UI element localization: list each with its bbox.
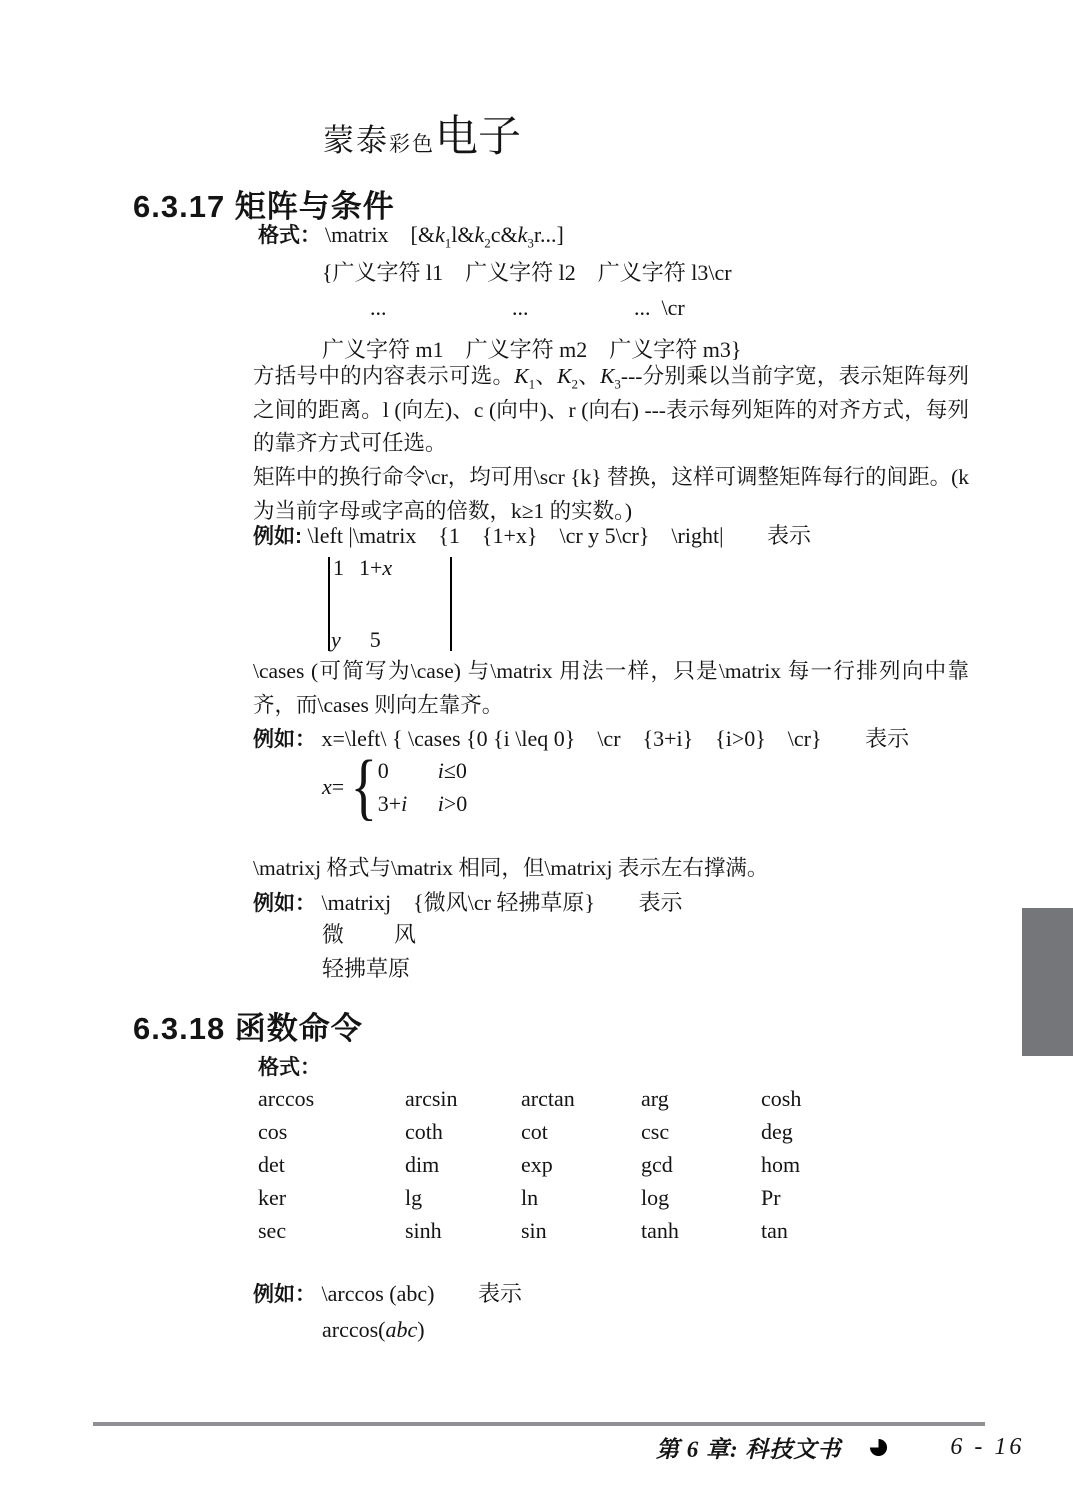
fn-cell: arccos [258, 1082, 405, 1115]
format-line-2: {广义字符 l1 广义字符 l2 广义字符 l3\cr [322, 256, 732, 287]
fn-cell: csc [641, 1115, 761, 1148]
section-heading-6318: 6.3.18 函数命令 [133, 1003, 363, 1048]
shows-text: 表示 [767, 523, 811, 548]
fn-cell: sinh [405, 1214, 521, 1247]
example-label: 例如： [253, 1283, 316, 1306]
matrix-right-bar [450, 557, 452, 651]
page-footer: 第 6 章: 科技文书 6 - 16 [656, 1431, 1024, 1464]
dots-3: ... \cr [634, 295, 685, 320]
fn-cell: cos [258, 1115, 405, 1148]
example-code: \left |\matrix {1 {1+x} \cr y 5\cr} \rig… [308, 523, 724, 548]
fn-cell: log [641, 1181, 761, 1214]
function-table: arccosarcsinarctanargcosh coscothcotcscd… [258, 1082, 861, 1247]
matrixj-result: 微风 轻拂草原 [322, 918, 416, 986]
fn-cell: det [258, 1148, 405, 1181]
cases-row-1: 0i≤0 [378, 754, 468, 787]
example-code: x=\left\ { \cases {0 {i \leq 0} \cr {3+i… [322, 726, 822, 751]
example-label: 例如： [253, 728, 316, 751]
example-arccos-line: 例如： \arccos (abc) 表示 [253, 1277, 522, 1308]
dots-2: ... [512, 295, 634, 321]
cases-figure: x= { 0i≤0 3+ii>0 [322, 751, 467, 823]
fn-cell: lg [405, 1181, 521, 1214]
paragraph-linebreak-cr: 矩阵中的换行命令\cr，均可用\scr {k} 替换，这样可调整矩阵每行的间距。… [253, 461, 969, 528]
shows-text: 表示 [478, 1281, 522, 1306]
paragraph-optional-brackets: 方括号中的内容表示可选。K1、K2、K3---分别乘以当前字宽，表示矩阵每列之间… [253, 360, 969, 461]
format-line-3: ......... \cr [370, 295, 685, 321]
example-code: \arccos (abc) [322, 1281, 435, 1306]
format-code: \matrix [&k1l&k2c&k3r...] [325, 222, 564, 247]
fn-cell: gcd [641, 1148, 761, 1181]
format-label-2: 格式： [258, 1051, 321, 1081]
fn-cell: arg [641, 1082, 761, 1115]
logo-text-3: 电子 [435, 103, 521, 164]
fn-cell: Pr [761, 1181, 861, 1214]
fn-cell: tanh [641, 1214, 761, 1247]
paragraph-matrixj: \matrixj 格式与\matrix 相同，但\matrixj 表示左右撑满。 [253, 852, 969, 886]
arccos-result: arccos(abc) [322, 1317, 425, 1343]
fn-cell: exp [521, 1148, 641, 1181]
shows-text: 表示 [865, 726, 909, 751]
fn-cell: arctan [521, 1082, 641, 1115]
fn-cell: coth [405, 1115, 521, 1148]
format-label: 格式： [258, 224, 321, 247]
fn-cell: deg [761, 1115, 861, 1148]
cases-row-2: 3+ii>0 [378, 787, 468, 820]
left-brace: { [351, 751, 378, 823]
shows-text: 表示 [638, 890, 682, 915]
footer-chapter: 第 6 章: 科技文书 [656, 1431, 841, 1464]
fn-cell: hom [761, 1148, 861, 1181]
matrix-row-2: y5 [331, 627, 381, 653]
page-edge-tab [1022, 908, 1073, 1056]
example-label: 例如: [253, 525, 302, 548]
footer-rule [93, 1422, 985, 1426]
fn-cell: sec [258, 1214, 405, 1247]
format-line-1: 格式： \matrix [&k1l&k2c&k3r...] [258, 218, 564, 249]
matrix-row-1: 11+x [333, 555, 392, 581]
fn-cell: cot [521, 1115, 641, 1148]
quarter-circle-icon [869, 1438, 888, 1457]
fn-cell: tan [761, 1214, 861, 1247]
paragraph-cases: \cases (可简写为\case) 与\matrix 用法一样，只是\matr… [253, 655, 969, 722]
cases-lhs: x= [322, 774, 344, 800]
example-label: 例如： [253, 892, 316, 915]
logo-text-2: 彩色 [389, 128, 435, 158]
matrixj-result-line-2: 轻拂草原 [322, 952, 416, 986]
example-matrix-line: 例如: \left |\matrix {1 {1+x} \cr y 5\cr} … [253, 519, 811, 550]
fn-cell: sin [521, 1214, 641, 1247]
document-page: 蒙泰 彩色 电子 6.3.17 矩阵与条件 格式： \matrix [&k1l&… [0, 0, 1073, 1488]
matrixj-result-line-1: 微风 [322, 918, 416, 952]
footer-page-number: 6 - 16 [950, 1434, 1024, 1461]
fn-cell: dim [405, 1148, 521, 1181]
fn-cell: cosh [761, 1082, 861, 1115]
matrix-left-bar [328, 557, 330, 651]
brand-logo: 蒙泰 彩色 电子 [323, 103, 521, 164]
example-matrixj-line: 例如： \matrixj {微风\cr 轻拂草原} 表示 [253, 886, 683, 917]
example-code: \matrixj {微风\cr 轻拂草原} [322, 890, 595, 915]
dots-1: ... [370, 295, 512, 321]
fn-cell: ker [258, 1181, 405, 1214]
matrix-figure: 11+x y5 [328, 557, 452, 651]
logo-text-1: 蒙泰 [323, 115, 389, 160]
fn-cell: arcsin [405, 1082, 521, 1115]
fn-cell: ln [521, 1181, 641, 1214]
